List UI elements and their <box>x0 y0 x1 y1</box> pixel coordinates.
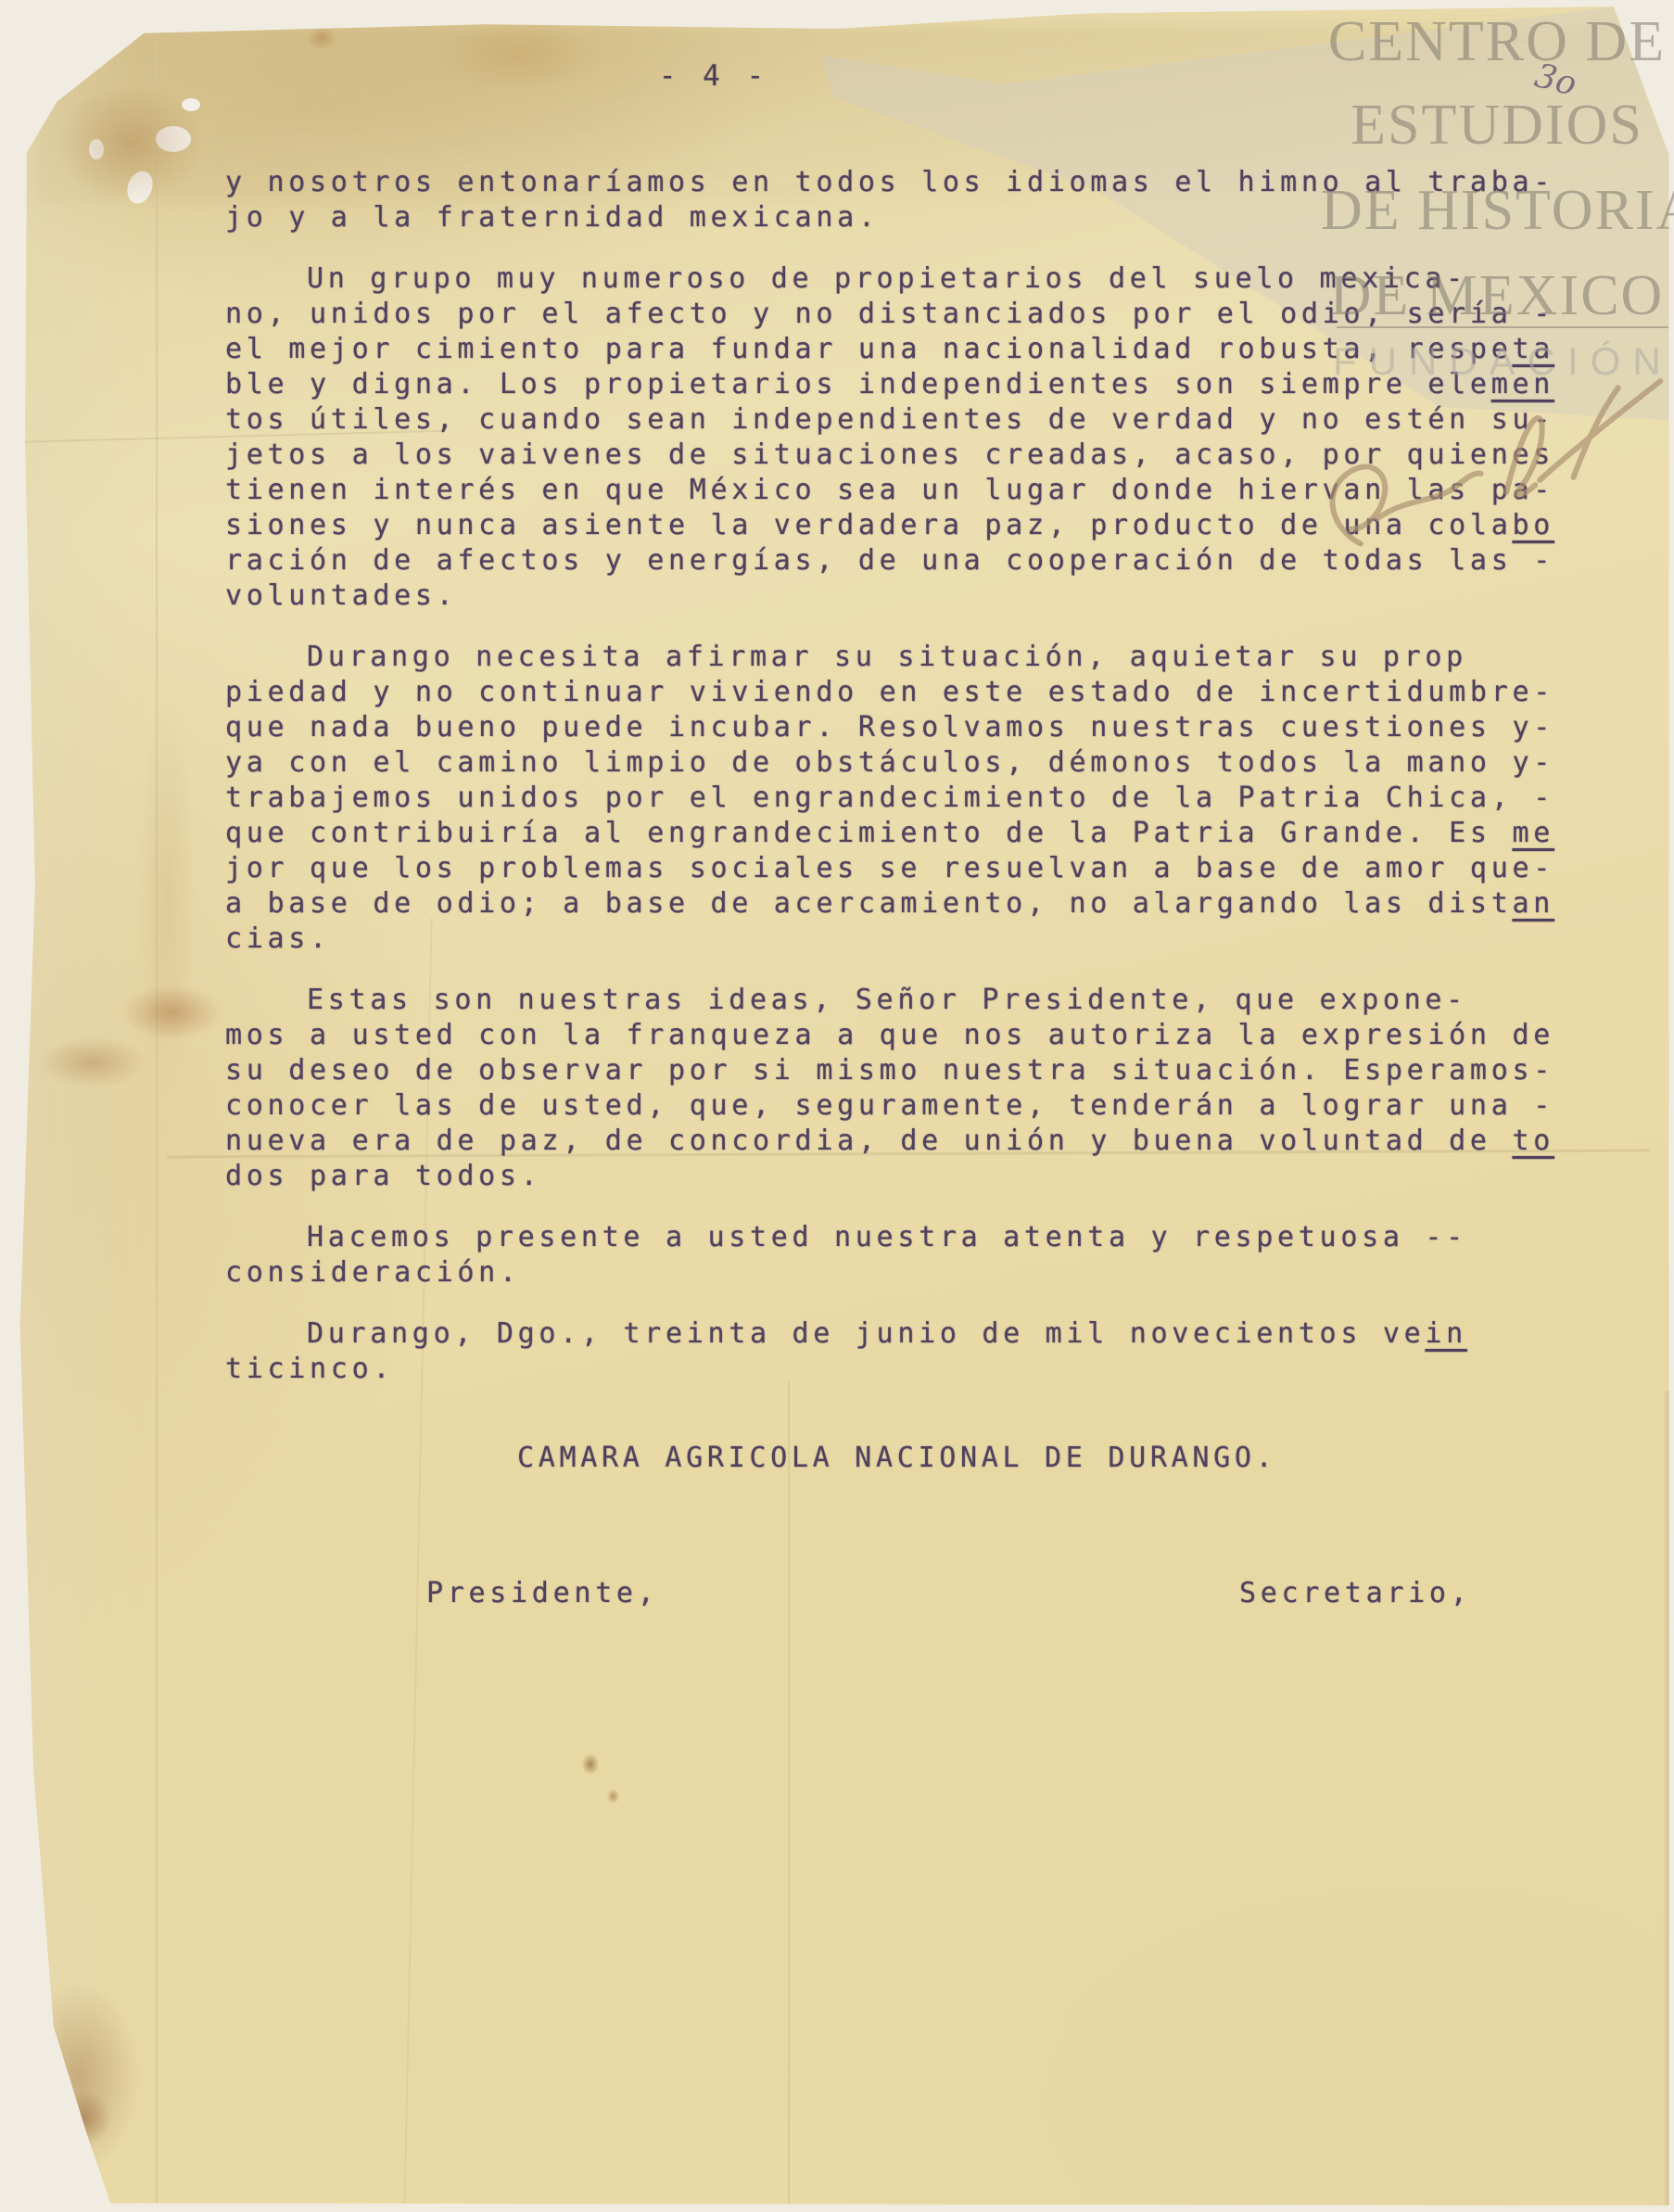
typed-line: tos útiles, cuando sean independientes d… <box>225 402 1634 438</box>
typed-line: siones y nunca asiente la verdadera paz,… <box>225 508 1634 543</box>
paragraph: Un grupo muy numeroso de propietarios de… <box>225 261 1634 614</box>
paragraph: y nosotros entonaríamos en todos los idi… <box>225 165 1634 235</box>
right-edge-shadow <box>1663 1391 1674 2212</box>
stain <box>607 1789 619 1803</box>
typed-line: ble y digna. Los propietarios independie… <box>225 367 1634 402</box>
typed-line: cias. <box>225 922 1634 957</box>
page-number: - 4 - <box>612 59 816 93</box>
typed-paragraphs: y nosotros entonaríamos en todos los idi… <box>225 165 1634 1387</box>
typed-line: Durango, Dgo., treinta de junio de mil n… <box>225 1316 1634 1352</box>
typed-line: conocer las de usted, que, seguramente, … <box>225 1088 1634 1124</box>
paragraph: Durango necesita afirmar su situación, a… <box>225 640 1634 957</box>
typed-line: el mejor cimiento para fundar una nacion… <box>225 332 1634 367</box>
typed-line: dos para todos. <box>225 1159 1634 1194</box>
typed-line: jetos a los vaivenes de situaciones crea… <box>225 438 1634 473</box>
paragraph: Estas son nuestras ideas, Señor Presiden… <box>225 983 1634 1194</box>
paragraph: Hacemos presente a usted nuestra atenta … <box>225 1220 1634 1290</box>
typed-line: que contribuiría al engrandecimiento de … <box>225 816 1634 851</box>
paper-tear <box>89 139 104 159</box>
paragraph: Durango, Dgo., treinta de junio de mil n… <box>225 1316 1634 1387</box>
typed-line: a base de odio; a base de acercamiento, … <box>225 886 1634 922</box>
typed-line: jor que los problemas sociales se resuel… <box>225 851 1634 886</box>
typed-line: Durango necesita afirmar su situación, a… <box>225 640 1634 675</box>
typed-line: Hacemos presente a usted nuestra atenta … <box>225 1220 1634 1255</box>
typed-line: ticinco. <box>225 1352 1634 1387</box>
role-president: Presidente, <box>426 1576 658 1611</box>
typed-line: Un grupo muy numeroso de propietarios de… <box>225 261 1634 297</box>
typed-text-block: y nosotros entonaríamos en todos los idi… <box>225 165 1634 1611</box>
typed-line: Estas son nuestras ideas, Señor Presiden… <box>225 983 1634 1018</box>
typed-line: su deseo de observar por si mismo nuestr… <box>225 1053 1634 1088</box>
typed-line: jo y a la fraternidad mexicana. <box>225 200 1634 235</box>
typed-line: ración de afectos y energías, de una coo… <box>225 543 1634 578</box>
stain <box>582 1754 599 1774</box>
typed-line: piedad y no continuar viviendo en este e… <box>225 675 1634 710</box>
signature-roles-row: Presidente, Secretario, <box>225 1576 1634 1611</box>
typed-line: mos a usted con la franqueza a que nos a… <box>225 1018 1634 1053</box>
scanned-document-page: - 4 - y nosotros entonaríamos en todos l… <box>0 0 1674 2212</box>
typed-line: ya con el camino limpio de obstáculos, d… <box>225 745 1634 781</box>
torn-left-edge <box>0 0 158 2212</box>
paper-tear <box>182 98 200 111</box>
organization-line: CAMARA AGRICOLA NACIONAL DE DURANGO. <box>225 1441 1634 1476</box>
typed-line: trabajemos unidos por el engrandecimient… <box>225 781 1634 816</box>
paper-tear <box>156 126 191 152</box>
typed-line: tienen interés en que México sea un luga… <box>225 473 1634 508</box>
typed-line: que nada bueno puede incubar. Resolvamos… <box>225 710 1634 745</box>
typed-line: y nosotros entonaríamos en todos los idi… <box>225 165 1634 200</box>
typed-line: nueva era de paz, de concordia, de unión… <box>225 1124 1634 1159</box>
role-secretary: Secretario, <box>1239 1576 1471 1611</box>
typed-line: voluntades. <box>225 578 1634 614</box>
typed-line: no, unidos por el afecto y no distanciad… <box>225 297 1634 332</box>
typed-line: consideración. <box>225 1255 1634 1290</box>
